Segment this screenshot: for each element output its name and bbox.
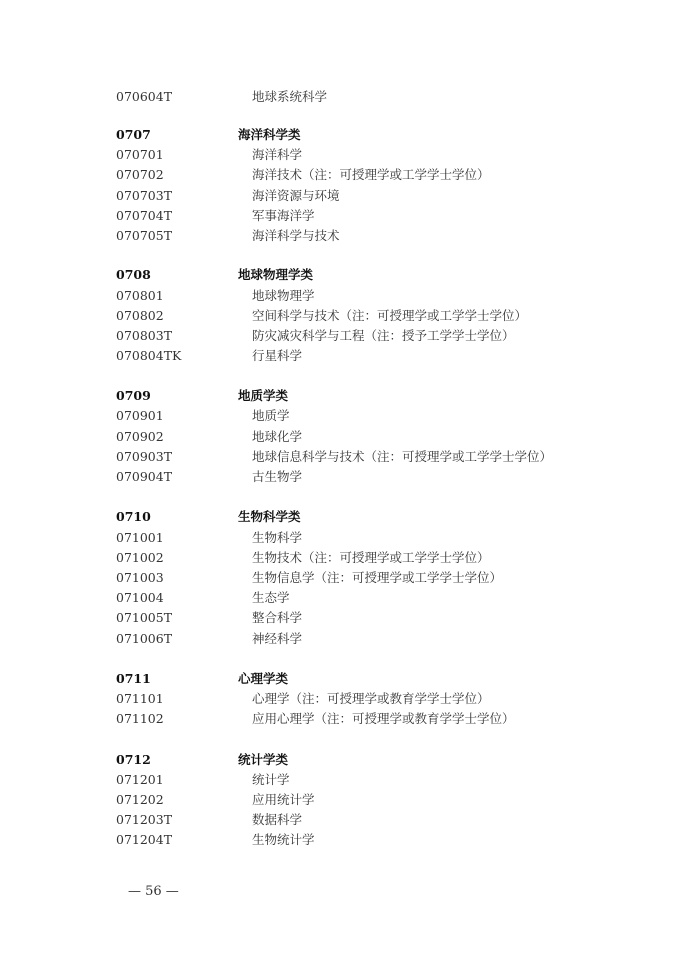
- major-row: 071202应用统计学: [0, 790, 677, 810]
- major-code: 070901: [116, 406, 164, 426]
- major-code: 070704T: [116, 206, 172, 226]
- major-name: 空间科学与技术（注：可授理学或工学学士学位）: [252, 306, 527, 326]
- major-code: 070703T: [116, 186, 172, 206]
- document-page: 070604T地球系统科学0707海洋科学类070701海洋科学070702海洋…: [0, 0, 677, 958]
- category-row: 0711心理学类: [0, 669, 677, 689]
- major-code: 070804TK: [116, 346, 181, 366]
- major-code: 071002: [116, 548, 164, 568]
- major-row: 070704T军事海洋学: [0, 206, 677, 226]
- major-name: 海洋科学: [252, 145, 302, 165]
- major-row: 071101心理学（注：可授理学或教育学学士学位）: [0, 689, 677, 709]
- major-name: 生物科学: [252, 528, 302, 548]
- major-row: 071203T数据科学: [0, 810, 677, 830]
- major-row: 070701海洋科学: [0, 145, 677, 165]
- major-row: 071005T整合科学: [0, 608, 677, 628]
- major-name: 应用统计学: [252, 790, 315, 810]
- major-code: 071004: [116, 588, 164, 608]
- major-row: 071204T生物统计学: [0, 830, 677, 850]
- major-row: 070903T地球信息科学与技术（注：可授理学或工学学士学位）: [0, 447, 677, 467]
- major-code: 070902: [116, 427, 164, 447]
- major-name: 地球信息科学与技术（注：可授理学或工学学士学位）: [252, 447, 552, 467]
- category-row: 0708地球物理学类: [0, 265, 677, 285]
- major-name: 地球化学: [252, 427, 302, 447]
- major-code: 070801: [116, 286, 164, 306]
- major-name: 生物统计学: [252, 830, 315, 850]
- major-name: 生态学: [252, 588, 290, 608]
- major-name: 心理学（注：可授理学或教育学学士学位）: [252, 689, 490, 709]
- major-row: 071004生态学: [0, 588, 677, 608]
- major-code: 070702: [116, 165, 164, 185]
- major-name: 海洋技术（注：可授理学或工学学士学位）: [252, 165, 490, 185]
- major-name: 生物技术（注：可授理学或工学学士学位）: [252, 548, 490, 568]
- major-row: 070901地质学: [0, 406, 677, 426]
- major-name: 整合科学: [252, 608, 302, 628]
- major-row: 070804TK行星科学: [0, 346, 677, 366]
- major-name: 统计学类: [238, 750, 288, 770]
- page-number: — 56 —: [128, 884, 179, 899]
- major-code: 071001: [116, 528, 164, 548]
- major-row: 070802空间科学与技术（注：可授理学或工学学士学位）: [0, 306, 677, 326]
- major-name: 海洋科学与技术: [252, 226, 340, 246]
- major-row: 071102应用心理学（注：可授理学或教育学学士学位）: [0, 709, 677, 729]
- major-name: 地质学类: [238, 386, 288, 406]
- major-code: 070705T: [116, 226, 172, 246]
- category-row: 0710生物科学类: [0, 507, 677, 527]
- category-row: 0707海洋科学类: [0, 125, 677, 145]
- major-row: 071003生物信息学（注：可授理学或工学学士学位）: [0, 568, 677, 588]
- major-name: 应用心理学（注：可授理学或教育学学士学位）: [252, 709, 515, 729]
- major-code: 071203T: [116, 810, 172, 830]
- major-row: 070702海洋技术（注：可授理学或工学学士学位）: [0, 165, 677, 185]
- major-name: 生物信息学（注：可授理学或工学学士学位）: [252, 568, 502, 588]
- major-code: 070604T: [116, 87, 172, 107]
- major-name: 海洋科学类: [238, 125, 301, 145]
- major-code: 071101: [116, 689, 164, 709]
- major-code: 071005T: [116, 608, 172, 628]
- major-code: 071003: [116, 568, 164, 588]
- major-code: 070802: [116, 306, 164, 326]
- major-name: 数据科学: [252, 810, 302, 830]
- major-name: 地球系统科学: [252, 87, 327, 107]
- major-name: 生物科学类: [238, 507, 301, 527]
- major-name: 地球物理学: [252, 286, 315, 306]
- category-row: 0709地质学类: [0, 386, 677, 406]
- major-row: 070801地球物理学: [0, 286, 677, 306]
- major-code: 070701: [116, 145, 164, 165]
- major-row: 070604T地球系统科学: [0, 87, 677, 107]
- major-name: 神经科学: [252, 629, 302, 649]
- major-row: 070902地球化学: [0, 427, 677, 447]
- major-code: 0711: [116, 669, 151, 689]
- major-row: 070904T古生物学: [0, 467, 677, 487]
- major-row: 070705T海洋科学与技术: [0, 226, 677, 246]
- major-name: 军事海洋学: [252, 206, 315, 226]
- major-name: 统计学: [252, 770, 290, 790]
- major-row: 071006T神经科学: [0, 629, 677, 649]
- major-name: 心理学类: [238, 669, 288, 689]
- major-code: 071204T: [116, 830, 172, 850]
- major-name: 地质学: [252, 406, 290, 426]
- major-code: 0709: [116, 386, 151, 406]
- category-row: 0712统计学类: [0, 750, 677, 770]
- major-name: 防灾减灾科学与工程（注：授予工学学士学位）: [252, 326, 515, 346]
- major-name: 行星科学: [252, 346, 302, 366]
- major-row: 070803T防灾减灾科学与工程（注：授予工学学士学位）: [0, 326, 677, 346]
- major-name: 海洋资源与环境: [252, 186, 340, 206]
- major-code: 071006T: [116, 629, 172, 649]
- major-code: 0710: [116, 507, 151, 527]
- major-code: 071201: [116, 770, 164, 790]
- major-row: 071002生物技术（注：可授理学或工学学士学位）: [0, 548, 677, 568]
- major-row: 071201统计学: [0, 770, 677, 790]
- major-code: 071102: [116, 709, 164, 729]
- major-code: 070803T: [116, 326, 172, 346]
- major-row: 071001生物科学: [0, 528, 677, 548]
- major-name: 地球物理学类: [238, 265, 313, 285]
- major-code: 071202: [116, 790, 164, 810]
- major-row: 070703T海洋资源与环境: [0, 186, 677, 206]
- major-code: 070904T: [116, 467, 172, 487]
- major-code: 0707: [116, 125, 151, 145]
- major-code: 070903T: [116, 447, 172, 467]
- major-name: 古生物学: [252, 467, 302, 487]
- major-code: 0708: [116, 265, 151, 285]
- major-code: 0712: [116, 750, 151, 770]
